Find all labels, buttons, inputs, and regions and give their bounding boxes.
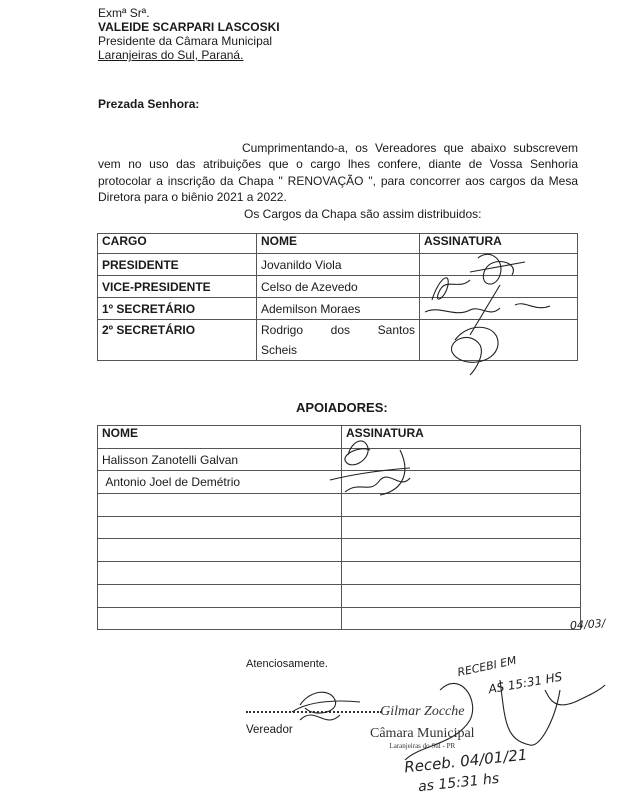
nome-cell: Rodrigo dos Santos Scheis (257, 320, 420, 361)
supporter-name (98, 539, 342, 562)
body-paragraph: Cumprimentando-a, os Vereadores que abai… (98, 140, 578, 205)
addressee-role: Presidente da Câmara Municipal (98, 34, 280, 48)
signature-right (545, 685, 605, 705)
supporter-name: Halisson Zanotelli Galvan (98, 448, 342, 471)
header-nome: NOME (257, 234, 420, 254)
table-row (98, 494, 581, 517)
header-assinatura: ASSINATURA (420, 234, 578, 254)
table-row: 1º SECRETÁRIO Ademilson Moraes (98, 298, 578, 320)
stamp-signature-name: Gilmar Zocche (370, 704, 475, 720)
signature-cell (342, 516, 581, 539)
signature-cell (342, 562, 581, 585)
nome-word: dos (331, 320, 350, 340)
nome-cell: Celso de Azevedo (257, 276, 420, 298)
handwritten-receipt-date: Receb. 04/01/21 (403, 746, 528, 777)
handwritten-receipt-time: as 15:31 hs (417, 771, 500, 795)
stamp-city: Laranjeiras do Sul - PR (370, 742, 475, 750)
supporter-name (98, 584, 342, 607)
cargo-cell: VICE-PRESIDENTE (98, 276, 257, 298)
table-row (98, 584, 581, 607)
nome-line-2: Scheis (261, 340, 415, 360)
signature-cell (342, 584, 581, 607)
signature-cell (420, 298, 578, 320)
supporter-name-text: Antonio Joel de Demétrio (105, 475, 240, 489)
signature-cell (420, 320, 578, 361)
table-row (98, 607, 581, 630)
official-stamp: Gilmar Zocche Câmara Municipal Laranjeir… (370, 704, 475, 750)
signature-vereador (292, 692, 360, 720)
addressee-block: Exmª Srª. VALEIDE SCARPARI LASCOSKI Pres… (98, 6, 280, 62)
cargo-cell: 1º SECRETÁRIO (98, 298, 257, 320)
supporters-table: NOME ASSINATURA Halisson Zanotelli Galva… (97, 425, 581, 630)
stamp-organization: Câmara Municipal (370, 726, 475, 742)
signature-cell (342, 448, 581, 471)
closing-text: Atenciosamente. (246, 658, 328, 670)
body-paragraph-text: Cumprimentando-a, os Vereadores que abai… (98, 141, 578, 204)
supporter-name (98, 562, 342, 585)
nome-line-1: Rodrigo dos Santos (261, 320, 415, 340)
cargo-cell: PRESIDENTE (98, 254, 257, 276)
table-row (98, 539, 581, 562)
table-row (98, 562, 581, 585)
header-nome: NOME (98, 426, 342, 449)
supporters-title: APOIADORES: (296, 400, 388, 415)
table-row: Halisson Zanotelli Galvan (98, 448, 581, 471)
slate-header-row: CARGO NOME ASSINATURA (98, 234, 578, 254)
signature-line (246, 711, 382, 713)
distribution-intro: Os Cargos da Chapa são assim distribuido… (244, 207, 481, 221)
signer-label: Vereador (246, 724, 293, 736)
table-row: PRESIDENTE Jovanildo Viola (98, 254, 578, 276)
slate-table: CARGO NOME ASSINATURA PRESIDENTE Jovanil… (97, 233, 578, 361)
addressee-location: Laranjeiras do Sul, Paraná. (98, 48, 280, 62)
signature-cell (420, 254, 578, 276)
handwritten-margin-date: 04/03/ (570, 617, 606, 632)
supporter-name: Antonio Joel de Demétrio (98, 471, 342, 494)
greeting: Prezada Senhora: (98, 97, 199, 111)
handwritten-received-note: RECEBI EM (456, 654, 517, 679)
salutation: Exmª Srª. (98, 6, 280, 20)
signature-cell (420, 276, 578, 298)
nome-word: Rodrigo (261, 320, 303, 340)
nome-cell: Jovanildo Viola (257, 254, 420, 276)
signature-cell (342, 494, 581, 517)
header-assinatura: ASSINATURA (342, 426, 581, 449)
table-row: 2º SECRETÁRIO Rodrigo dos Santos Scheis (98, 320, 578, 361)
table-row: VICE-PRESIDENTE Celso de Azevedo (98, 276, 578, 298)
header-cargo: CARGO (98, 234, 257, 254)
supporter-name (98, 607, 342, 630)
signature-cell (342, 539, 581, 562)
cargo-cell: 2º SECRETÁRIO (98, 320, 257, 361)
nome-cell: Ademilson Moraes (257, 298, 420, 320)
signature-cell (342, 471, 581, 494)
supporter-name (98, 494, 342, 517)
addressee-name: VALEIDE SCARPARI LASCOSKI (98, 20, 280, 34)
table-row (98, 516, 581, 539)
supporters-header-row: NOME ASSINATURA (98, 426, 581, 449)
signature-cell (342, 607, 581, 630)
handwritten-received-time: AS 15:31 HS (487, 670, 563, 697)
table-row: Antonio Joel de Demétrio (98, 471, 581, 494)
nome-word: Santos (378, 320, 415, 340)
supporter-name (98, 516, 342, 539)
